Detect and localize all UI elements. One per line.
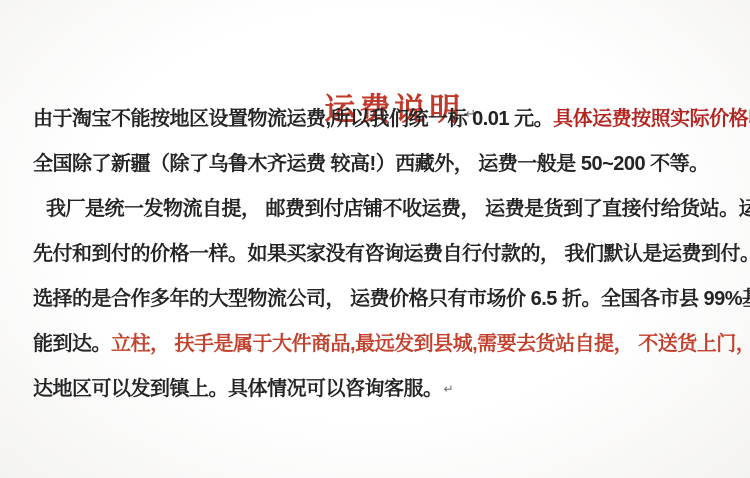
text-run: 具体运费按照实际价格收取。 <box>553 108 750 130</box>
text-run: 选择的是合作多年的大型物流公司， 运费价格只有市场价 6.5 折。全国各市县 9… <box>33 288 750 310</box>
text-run: 达地区可以发到镇上。具体情况可以咨询客服。 <box>33 378 443 400</box>
document-body: 由于淘宝不能按地区设置物流运费,所以我们统一标 0.01 元。具体运费按照实际价… <box>33 97 733 412</box>
text-line: 达地区可以发到镇上。具体情况可以咨询客服。↵ <box>33 367 733 412</box>
text-run: 能到达。 <box>33 333 111 355</box>
shipping-notice-page: 运费说明↵ 由于淘宝不能按地区设置物流运费,所以我们统一标 0.01 元。具体运… <box>0 0 750 478</box>
text-line: 选择的是合作多年的大型物流公司， 运费价格只有市场价 6.5 折。全国各市县 9… <box>33 277 733 322</box>
paragraph-mark-icon: ↵ <box>444 382 454 396</box>
text-run: 由于淘宝不能按地区设置物流运费,所以我们统一标 0.01 元。 <box>33 108 553 130</box>
text-run: 先付和到付的价格一样。如果买家没有咨询运费自行付款的， 我们默认是运费到付。我们 <box>33 243 750 265</box>
text-run: 我厂是统一发物流自提， 邮费到付店铺不收运费， 运费是货到了直接付给货站。运费 <box>46 198 750 220</box>
text-run: 全国除了新疆（除了乌鲁木齐运费 较高!）西藏外， 运费一般是 50~200 不等… <box>33 153 709 175</box>
text-line: 我厂是统一发物流自提， 邮费到付店铺不收运费， 运费是货到了直接付给货站。运费 <box>33 187 733 232</box>
text-run: 立柱， 扶手是属于大件商品,最远发到县城,需要去货站自提， 不送货上门， <box>111 333 750 355</box>
text-line: 全国除了新疆（除了乌鲁木齐运费 较高!）西藏外， 运费一般是 50~200 不等… <box>33 142 733 187</box>
text-line: 由于淘宝不能按地区设置物流运费,所以我们统一标 0.01 元。具体运费按照实际价… <box>33 97 733 142</box>
text-line: 能到达。立柱， 扶手是属于大件商品,最远发到县城,需要去货站自提， 不送货上门，… <box>33 322 733 367</box>
text-line: 先付和到付的价格一样。如果买家没有咨询运费自行付款的， 我们默认是运费到付。我们 <box>33 232 733 277</box>
